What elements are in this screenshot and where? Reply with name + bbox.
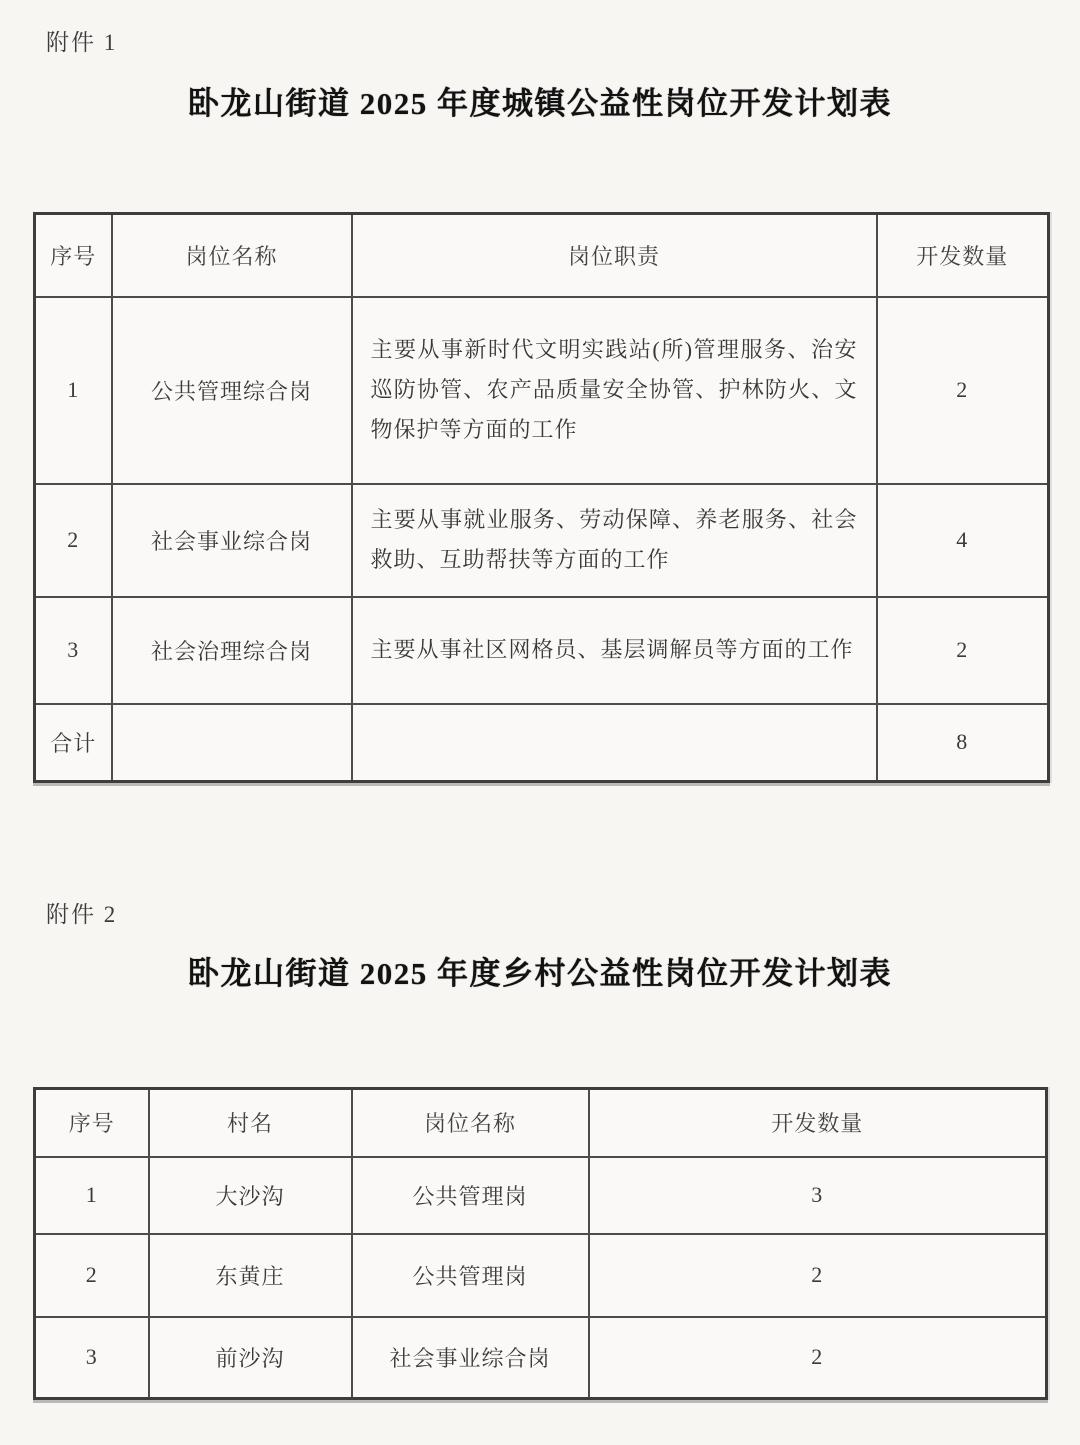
cell-count: 2: [877, 297, 1049, 484]
cell-duty: 主要从事就业服务、劳动保障、养老服务、社会救助、互助帮扶等方面的工作: [352, 484, 877, 597]
table-total-row: 合计 8: [35, 704, 1049, 782]
col-header-serial: 序号: [35, 1089, 149, 1157]
cell-serial: 1: [35, 1157, 149, 1234]
cell-count: 2: [589, 1234, 1047, 1317]
cell-position: 公共管理岗: [352, 1234, 589, 1317]
table-row: 2 东黄庄 公共管理岗 2: [35, 1234, 1047, 1317]
cell-count: 2: [589, 1317, 1047, 1399]
table-header-row: 序号 村名 岗位名称 开发数量: [35, 1089, 1047, 1157]
col-header-count: 开发数量: [589, 1089, 1047, 1157]
table-row: 3 社会治理综合岗 主要从事社区网格员、基层调解员等方面的工作 2: [35, 597, 1049, 704]
cell-village: 前沙沟: [149, 1317, 352, 1399]
col-header-position: 岗位名称: [112, 214, 352, 297]
cell-empty: [112, 704, 352, 782]
cell-serial: 3: [35, 597, 112, 704]
attachment1-label: 附件 1: [46, 24, 117, 57]
col-header-position: 岗位名称: [352, 1089, 589, 1157]
table-header-row: 序号 岗位名称 岗位职责 开发数量: [35, 214, 1049, 297]
cell-position: 社会事业综合岗: [352, 1317, 589, 1399]
cell-serial: 2: [35, 484, 112, 597]
col-header-duty: 岗位职责: [352, 214, 877, 297]
table-row: 2 社会事业综合岗 主要从事就业服务、劳动保障、养老服务、社会救助、互助帮扶等方…: [35, 484, 1049, 597]
cell-village: 东黄庄: [149, 1234, 352, 1317]
col-header-serial: 序号: [35, 214, 112, 297]
table-row: 1 公共管理综合岗 主要从事新时代文明实践站(所)管理服务、治安巡防协管、农产品…: [35, 297, 1049, 484]
cell-total-count: 8: [877, 704, 1049, 782]
cell-position: 社会治理综合岗: [112, 597, 352, 704]
cell-count: 2: [877, 597, 1049, 704]
cell-position: 公共管理综合岗: [112, 297, 352, 484]
cell-position: 公共管理岗: [352, 1157, 589, 1234]
attachment2-label: 附件 2: [46, 896, 117, 929]
rural-positions-table: 序号 村名 岗位名称 开发数量 1 大沙沟 公共管理岗 3 2 东黄庄 公共管理…: [33, 1087, 1048, 1400]
table-row: 1 大沙沟 公共管理岗 3: [35, 1157, 1047, 1234]
urban-positions-table: 序号 岗位名称 岗位职责 开发数量 1 公共管理综合岗 主要从事新时代文明实践站…: [33, 212, 1050, 783]
cell-empty: [352, 704, 877, 782]
cell-serial: 2: [35, 1234, 149, 1317]
col-header-count: 开发数量: [877, 214, 1049, 297]
attachment2-title: 卧龙山街道 2025 年度乡村公益性岗位开发计划表: [0, 948, 1080, 993]
col-header-village: 村名: [149, 1089, 352, 1157]
cell-village: 大沙沟: [149, 1157, 352, 1234]
cell-duty: 主要从事新时代文明实践站(所)管理服务、治安巡防协管、农产品质量安全协管、护林防…: [352, 297, 877, 484]
table-row: 3 前沙沟 社会事业综合岗 2: [35, 1317, 1047, 1399]
cell-duty: 主要从事社区网格员、基层调解员等方面的工作: [352, 597, 877, 704]
cell-total-label: 合计: [35, 704, 112, 782]
cell-serial: 1: [35, 297, 112, 484]
document-page: 附件 1 卧龙山街道 2025 年度城镇公益性岗位开发计划表 序号 岗位名称 岗…: [0, 0, 1080, 1445]
cell-count: 3: [589, 1157, 1047, 1234]
cell-position: 社会事业综合岗: [112, 484, 352, 597]
cell-count: 4: [877, 484, 1049, 597]
cell-serial: 3: [35, 1317, 149, 1399]
attachment1-title: 卧龙山街道 2025 年度城镇公益性岗位开发计划表: [0, 78, 1080, 123]
